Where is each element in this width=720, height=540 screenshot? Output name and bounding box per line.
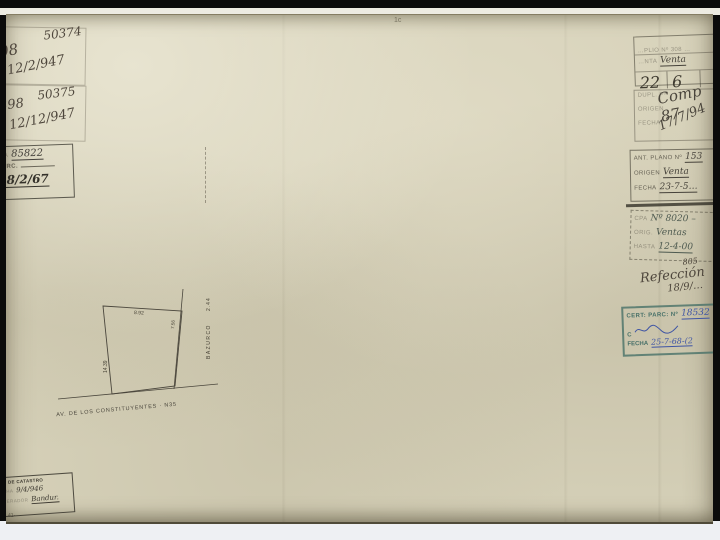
pencil-annotation-block-2: 398 50375 12/12/947 [6, 84, 86, 142]
stamp-plano-venta: …PLIO Nº 308 … …NTA Venta 22 6 [633, 33, 713, 86]
dimension-top: 8.92 [134, 310, 144, 317]
parcel-outline [103, 306, 182, 394]
catastro-operator-label: …PERADOR [6, 497, 28, 504]
stamp-label-fragment: …A [6, 153, 8, 159]
fecha-value: 23-7-5… [659, 182, 697, 194]
page-mark: 1c [394, 17, 401, 24]
cert-fecha-label: FECHA [627, 341, 648, 348]
stamp-cert-parc: CERT: PARC: Nº 18532 C FECHA 25-7-68-(2 [621, 303, 713, 356]
ant-plano-label: ANT. PLANO Nº [634, 155, 683, 162]
catastro-footnote: 41· [8, 513, 15, 519]
street-number-bazurco: 2.44 [206, 297, 212, 311]
fecha-label: FECHA [634, 185, 656, 191]
cpa-value: Nº 8020 – [650, 213, 695, 224]
bazurco-street-line [174, 289, 183, 389]
date-day: 22 [635, 71, 667, 89]
pencil-fragment: 398 [6, 96, 25, 114]
cert-parc-value: 18532 [681, 308, 710, 320]
signature-scribble [634, 323, 680, 337]
orig-value: Ventas [656, 227, 687, 238]
ant-plano-value: 153 [685, 152, 702, 163]
catastro-office-stamp: …L. DE CATASTRO …CHA 9/4/946 …PERADOR Ba… [6, 472, 75, 517]
constituyentes-street-line [58, 384, 218, 399]
cert-sign-label: C [627, 332, 632, 338]
pencil-number: 50375 [37, 84, 77, 103]
parc-label: PARC. [6, 164, 18, 171]
pencil-note-refeccion: 805 Refección 18/9/… [638, 254, 713, 298]
hasta-label: HASTA [634, 244, 656, 251]
plano-number-line: …PLIO Nº 308 … [638, 47, 691, 55]
orig-label: ORIG. [634, 230, 653, 236]
cpa-label: CPA [634, 216, 647, 222]
catastro-date-label: …CHA [6, 488, 13, 494]
dimension-left: 14.39 [103, 360, 109, 373]
hasta-value: 12-4-00 [658, 242, 693, 254]
stamp-duplicado: DUPL. Pº ORIGEN FECHA Comp 87 17/7/94 [634, 88, 713, 142]
origen-value: Venta [663, 167, 689, 178]
stamp-cpa: CPA Nº 8020 – ORIG. Ventas HASTA 12-4-00 [629, 210, 713, 262]
pencil-fragment: 08 [6, 40, 19, 61]
pencil-number: 50374 [43, 24, 83, 43]
scanned-document-photo: 1c 50374 08 12/2/947 398 50375 12/12/947… [0, 0, 720, 540]
document-paper: 1c 50374 08 12/2/947 398 50375 12/12/947… [6, 14, 713, 524]
venta-value: Venta [660, 55, 686, 67]
catastro-date-value: 9/4/946 [16, 484, 43, 494]
street-name-bazurco: BAZURCO [206, 324, 212, 359]
blank-line [21, 165, 55, 167]
origen-label: ORIGEN [634, 170, 660, 176]
venta-label: …NTA [638, 59, 657, 66]
heavy-rule [626, 202, 713, 208]
cert-parc-label: CERT: PARC: Nº [626, 312, 678, 320]
catastro-operator-value: Bandur. [31, 493, 59, 504]
parcel-date-value: 18/2/67 [6, 171, 49, 188]
dimension-right: 7.56 [170, 319, 176, 329]
parcel-number-stamp: …A 85822 PARC. 18/2/67 [6, 144, 75, 201]
cert-fecha-value: 25-7-68-(2 [651, 336, 693, 347]
stamp-antecedente: ANT. PLANO Nº 153 ORIGEN Venta FECHA 23-… [630, 148, 713, 202]
parcel-number-value: 85822 [11, 148, 43, 161]
pencil-annotation-block-1: 50374 08 12/2/947 [6, 26, 86, 86]
dashed-fold-mark [205, 147, 206, 203]
